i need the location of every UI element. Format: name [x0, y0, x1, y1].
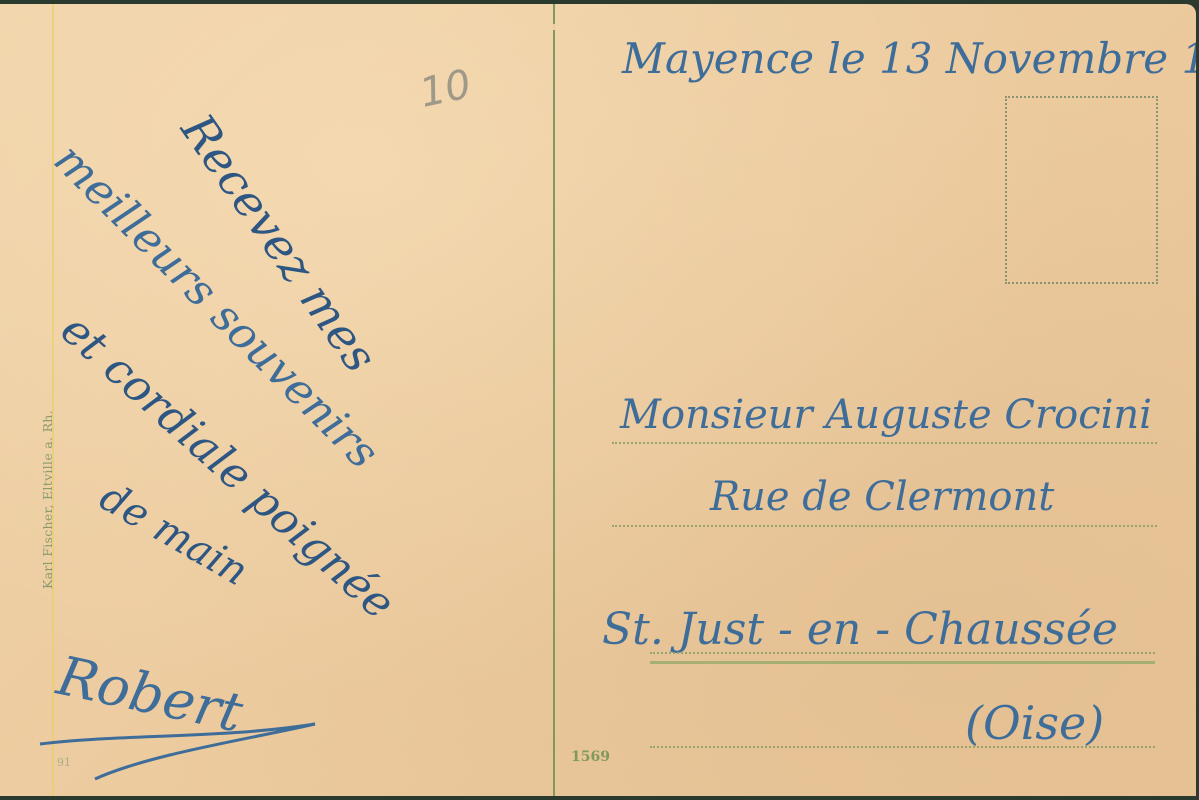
address-line-2: Rue de Clermont — [710, 474, 1054, 520]
address-underline — [650, 661, 1155, 664]
postcard-back: Karl Fischer, Eltville a. Rh. 91 1569 10… — [0, 4, 1196, 796]
address-rule-3 — [650, 652, 1155, 654]
address-line-4: (Oise) — [965, 696, 1104, 750]
place-date: Mayence le 13 Novembre 192 — [622, 34, 1196, 83]
address-rule-2 — [612, 525, 1157, 527]
card-code-right: 1569 — [571, 749, 610, 765]
address-rule-4 — [650, 746, 1155, 748]
address-rule-1 — [612, 442, 1157, 444]
address-line-1: Monsieur Auguste Crocini — [620, 392, 1152, 438]
signature-flourish — [0, 4, 560, 796]
address-line-3: St. Just - en - Chaussée — [602, 604, 1118, 655]
stamp-placeholder — [1005, 96, 1158, 284]
